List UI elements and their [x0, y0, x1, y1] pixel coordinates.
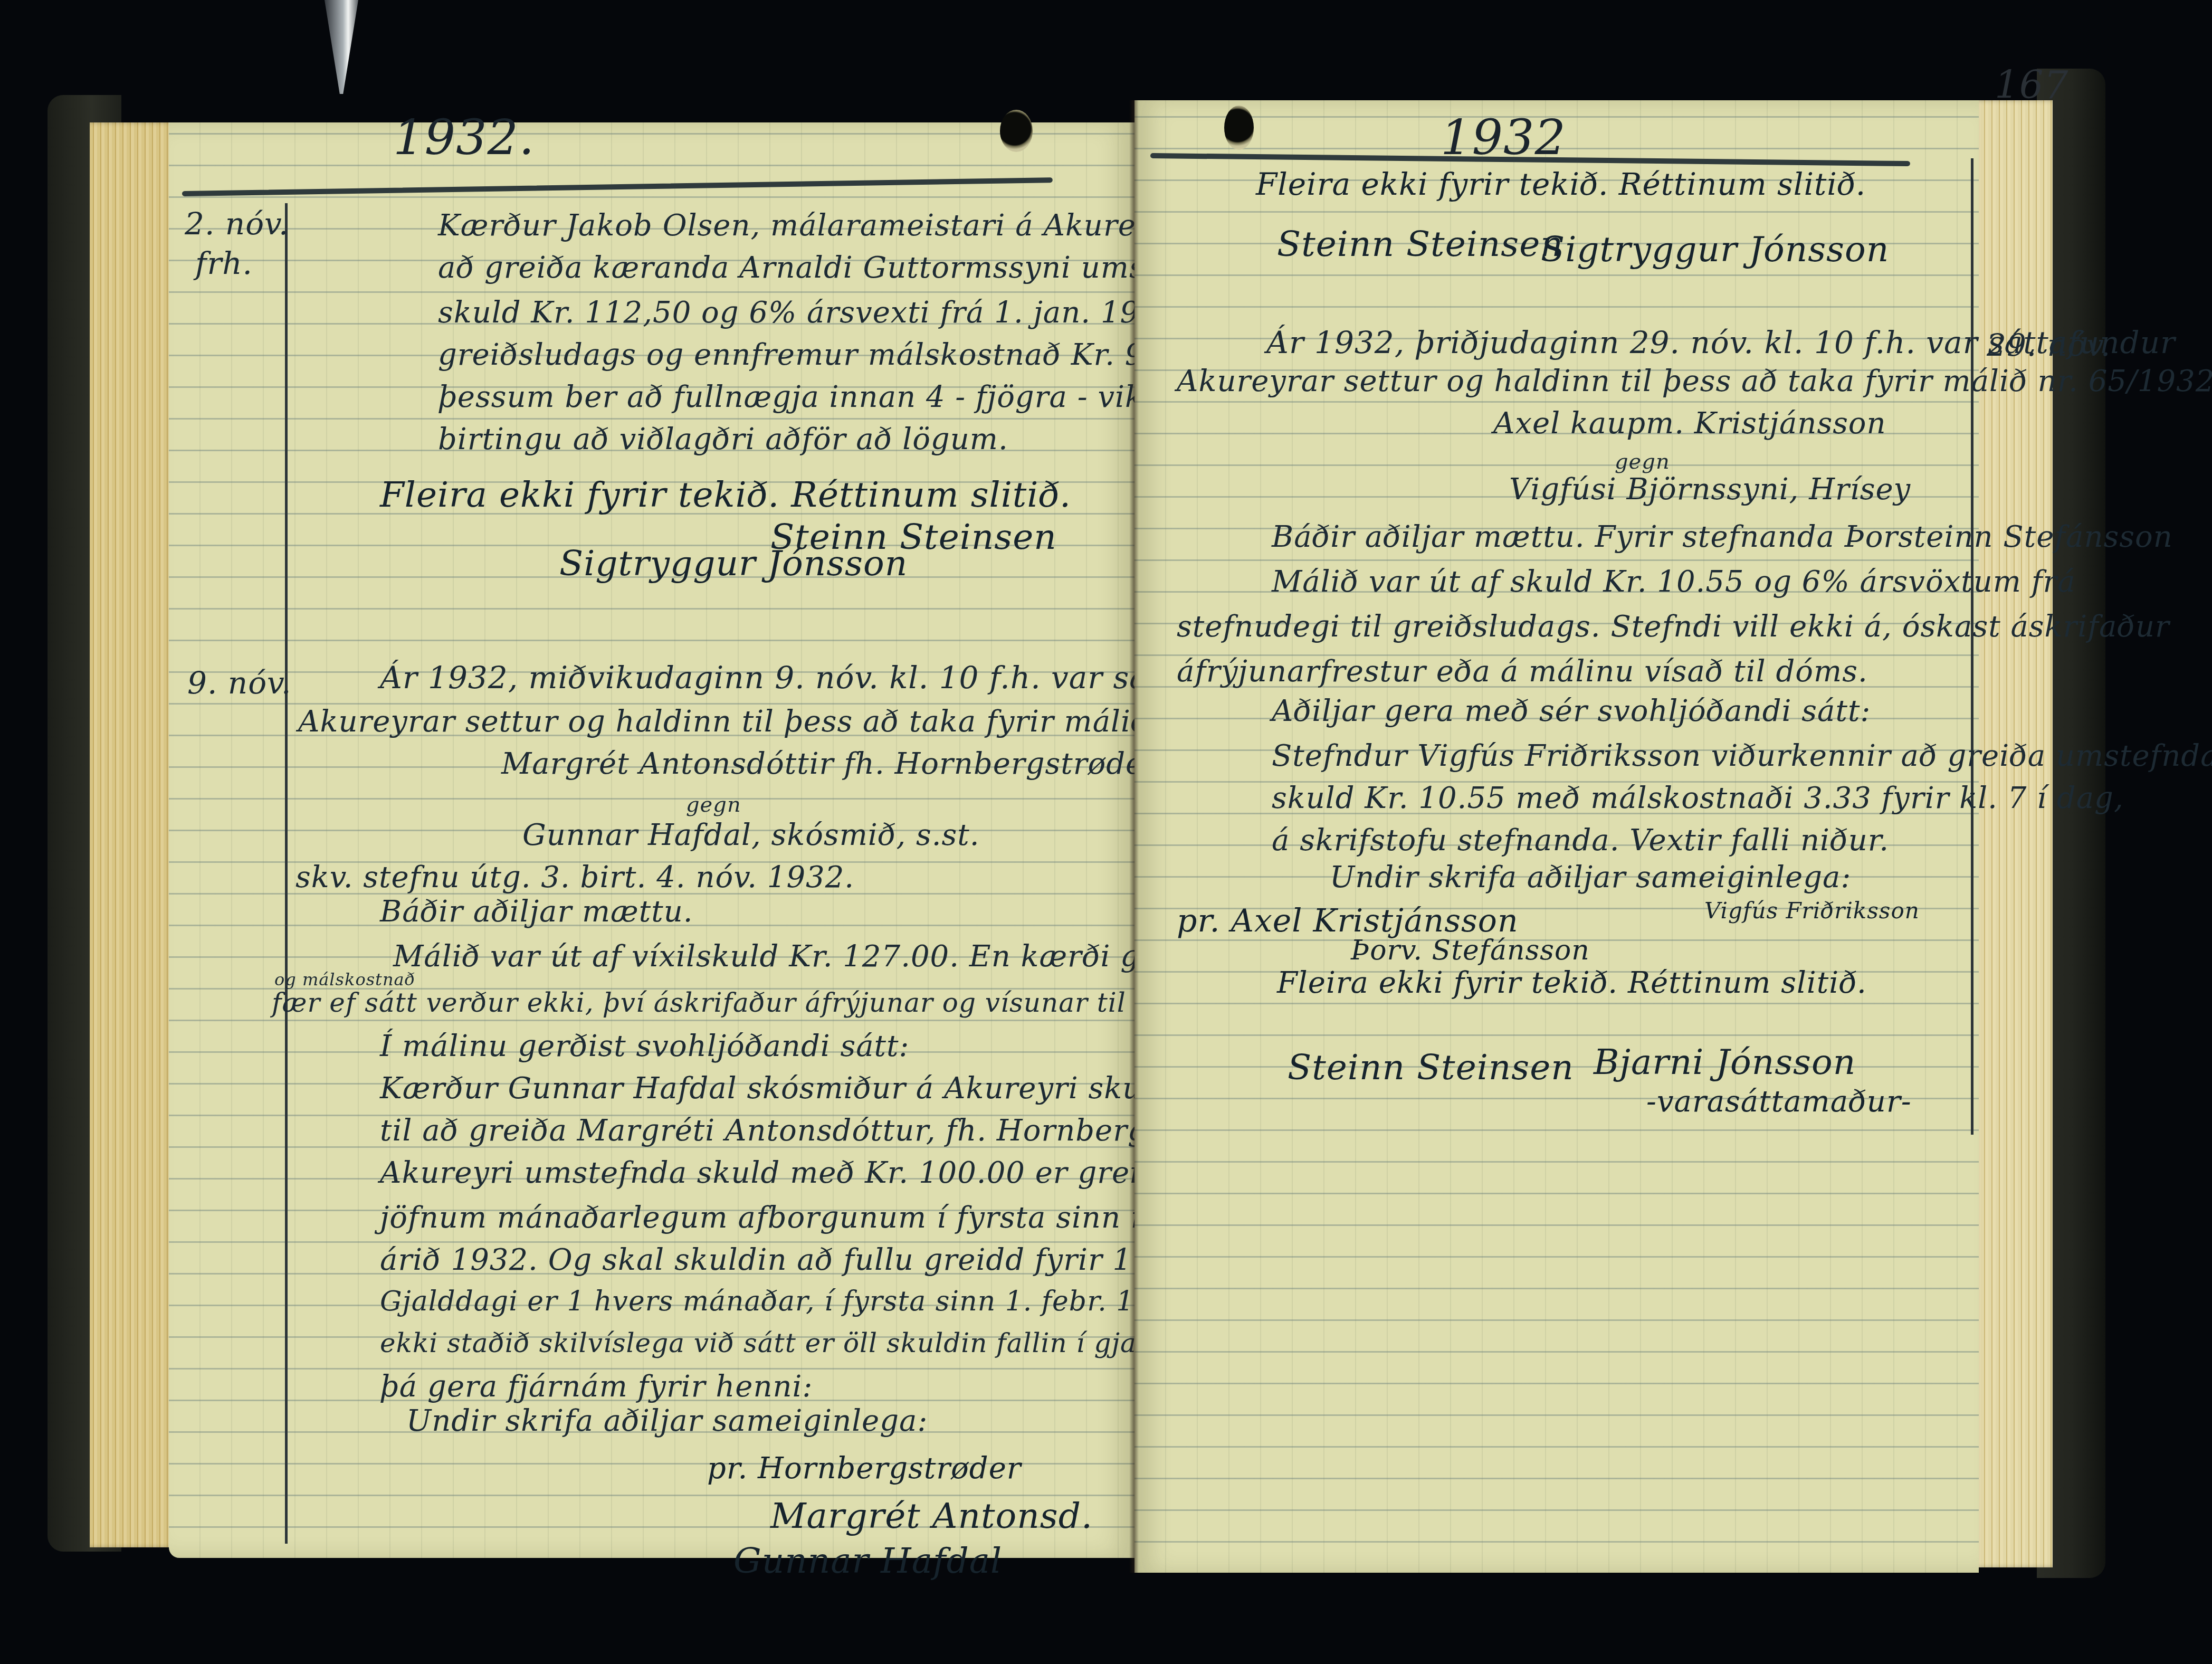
entry-line: á skrifstofu stefnanda. Vextir falli nið…: [1272, 826, 1889, 855]
margin-date: 2. nóv.: [185, 208, 289, 239]
entry-line: Aðiljar gera með sér svohljóðandi sátt:: [1272, 697, 1871, 726]
entry-line: Stefndur Vigfús Friðriksson viðurkennir …: [1272, 741, 2212, 771]
signature: Gunnar Hafdal: [733, 1544, 1002, 1579]
entry-line: stefnudegi til greiðsludags. Stefndi vil…: [1177, 612, 2170, 642]
margin-rule-right: [1971, 158, 1973, 1135]
versus-label: gegn: [1615, 451, 1670, 472]
entry-line: Undir skrifa aðiljar sameiginlega:: [406, 1406, 928, 1436]
entry-line: Málið var út af víxilskuld Kr. 127.00. E…: [393, 942, 1225, 972]
binding-hole-icon: [1000, 110, 1033, 152]
entry-line: Ár 1932, þriðjudaginn 29. nóv. kl. 10 f.…: [1266, 327, 2176, 358]
binding-hole-icon: [1224, 106, 1254, 150]
entry-line: Báðir aðiljar mættu.: [380, 897, 693, 927]
entry-line: þá gera fjárnám fyrir henni:: [380, 1372, 813, 1402]
margin-date: 9. nóv.: [187, 668, 291, 698]
entry-line: Í málinu gerðist svohljóðandi sátt:: [380, 1032, 909, 1061]
signature: pr. Hornbergstrøder: [707, 1454, 1022, 1484]
entry-line: skv. stefnu útg. 3. birt. 4. nóv. 1932.: [295, 863, 854, 892]
defendant: Vigfúsi Björnssyni, Hrísey: [1509, 475, 1911, 505]
entry-line: fær ef sátt verður ekki, því áskrifaður …: [272, 990, 1217, 1016]
page-edges-left: [90, 122, 174, 1547]
year-header-right: 1932: [1441, 113, 1566, 162]
entry-line: skuld Kr. 112,50 og 6% ársvexti frá 1. j…: [438, 298, 1221, 328]
versus-label: gegn: [686, 794, 741, 815]
plaintiff: Axel kaupm. Kristjánsson: [1493, 409, 1886, 439]
entry-line: skuld Kr. 10.55 með málskostnaði 3.33 fy…: [1272, 784, 2124, 813]
book-gutter: [1129, 100, 1139, 1573]
page-edges-right: [1973, 100, 2053, 1567]
defendant: Gunnar Hafdal, skósmið, s.st.: [522, 821, 980, 850]
year-header-left: 1932.: [393, 113, 535, 162]
closing-statement: Fleira ekki fyrir tekið. Réttinum slitið…: [380, 478, 1071, 512]
signature: Steinn Steinsen: [770, 520, 1057, 555]
closing-statement: Fleira ekki fyrir tekið. Réttinum slitið…: [1277, 968, 1867, 998]
signature: Sigtryggur Jónsson: [1541, 232, 1889, 267]
margin-rule-left: [285, 203, 288, 1544]
signature: Þorv. Stefánsson: [1351, 937, 1590, 964]
closing-statement: Fleira ekki fyrir tekið. Réttinum slitið…: [1256, 169, 1866, 199]
entry-line: Akureyrar settur og haldinn til þess að …: [1177, 367, 2212, 396]
entry-line: Báðir aðiljar mættu. Fyrir stefnanda Þor…: [1272, 522, 2173, 552]
entry-line: áfrýjunarfrestur eða á málinu vísað til …: [1177, 657, 1868, 687]
signature: Bjarni Jónsson: [1594, 1045, 1856, 1080]
signature: Steinn Steinsen: [1277, 227, 1563, 262]
entry-line: Kærður Jakob Olsen, málarameistari á Aku…: [438, 211, 1206, 241]
signature: Vigfús Friðriksson: [1704, 900, 1920, 922]
signature: Steinn Steinsen: [1288, 1050, 1574, 1085]
entry-line: birtingu að viðlagðri aðför að lögum.: [438, 425, 1008, 454]
signature: pr. Axel Kristjánsson: [1177, 905, 1519, 937]
margin-date: frh.: [195, 248, 253, 279]
entry-line: að greiða kæranda Arnaldi Guttormssyni u…: [438, 253, 1244, 283]
signature: Margrét Antonsd.: [770, 1499, 1093, 1534]
page-number: 167: [1995, 66, 2068, 104]
margin-note: og málskostnað: [274, 971, 415, 988]
signature-title: -varasáttamaður-: [1646, 1087, 1912, 1117]
entry-line: Málið var út af skuld Kr. 10.55 og 6% ár…: [1272, 567, 2076, 597]
letter-opener-pointer: [325, 0, 358, 94]
entry-line: þessum ber að fullnægja innan 4 - fjögra…: [438, 383, 1235, 412]
entry-line: Undir skrifa aðiljar sameiginlega:: [1330, 863, 1851, 892]
